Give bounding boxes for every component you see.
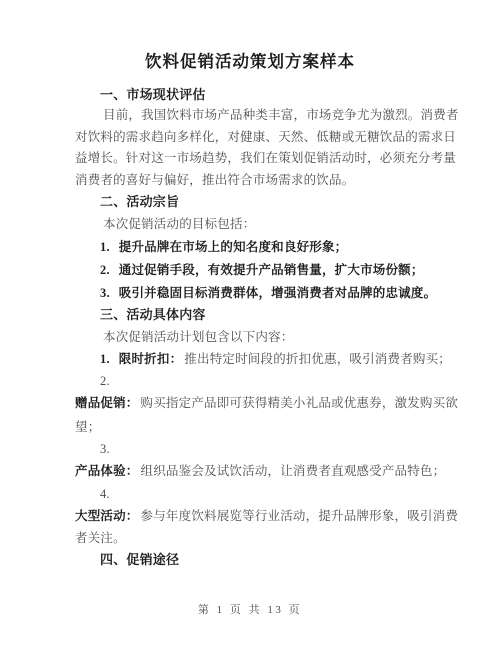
text-run: 吸引并稳固目标消费群体，增强消费者对品牌的忠诚度。 <box>119 286 437 300</box>
paragraph-line: 对饮料的需求趋向多样化，对健康、天然、低糖或无糖饮品的需求日 <box>75 126 456 148</box>
paragraph-line: 消费者的喜好与偏好，推出符合市场需求的饮品。 <box>75 169 354 191</box>
bold-run: 产品体验： <box>75 464 139 478</box>
paragraph-line: 者关注。 <box>75 527 126 549</box>
list-item: 3.吸引并稳固目标消费群体，增强消费者对品牌的忠诚度。 <box>100 282 436 304</box>
text-run: 推出特定时间段的折扣优惠，吸引消费者购买； <box>184 352 451 366</box>
paragraph-line: 望； <box>75 416 100 438</box>
list-item: 1.提升品牌在市场上的知名度和良好形象； <box>100 236 347 258</box>
list-item: 1.限时折扣：推出特定时间段的折扣优惠，吸引消费者购买； <box>100 348 451 370</box>
list-number: 2. <box>100 374 110 388</box>
document-page: 饮料促销活动策划方案样本 一、市场现状评估 目前，我国饮料市场产品种类丰富，市场… <box>0 0 500 647</box>
text-run: 通过促销手段，有效提升产品销售量，扩大市场份额； <box>119 263 424 277</box>
list-number-line: 3. <box>100 438 119 460</box>
list-number: 2. <box>100 263 110 277</box>
text-run: 提升品牌在市场上的知名度和良好形象； <box>119 240 348 254</box>
list-item: 2.通过促销手段，有效提升产品销售量，扩大市场份额； <box>100 259 424 281</box>
list-item: 大型活动：参与年度饮料展览等行业活动，提升品牌形象，吸引消费 <box>75 505 458 527</box>
section-heading-1: 一、市场现状评估 <box>100 84 206 106</box>
list-number: 1. <box>100 240 110 254</box>
doc-title: 饮料促销活动策划方案样本 <box>0 49 500 75</box>
paragraph-line: 本次促销活动计划包含以下内容： <box>103 326 294 348</box>
list-number-line: 4. <box>100 483 119 505</box>
paragraph-line: 益增长。针对这一市场趋势，我们在策划促销活动时，必须充分考量 <box>75 147 456 169</box>
page-footer: 第 1 页 共 13 页 <box>0 599 500 621</box>
section-heading-3: 三、活动具体内容 <box>100 304 206 326</box>
bold-run: 限时折扣： <box>119 352 183 366</box>
section-heading-4: 四、促销途径 <box>100 549 179 571</box>
paragraph-line: 本次促销活动的目标包括： <box>103 213 255 235</box>
text-run: 购买指定产品即可获得精美小礼品或优惠券，激发购买欲 <box>141 396 459 410</box>
list-number: 4. <box>100 487 110 501</box>
section-heading-2: 二、活动宗旨 <box>100 191 179 213</box>
bold-run: 大型活动： <box>75 509 139 523</box>
bold-run: 赠品促销： <box>75 396 139 410</box>
list-item: 赠品促销：购买指定产品即可获得精美小礼品或优惠券，激发购买欲 <box>75 392 458 414</box>
list-item: 产品体验：组织品鉴会及试饮活动，让消费者直观感受产品特色； <box>75 460 445 482</box>
paragraph-line: 目前，我国饮料市场产品种类丰富，市场竞争尤为激烈。消费者 <box>103 104 459 126</box>
text-run: 参与年度饮料展览等行业活动，提升品牌形象，吸引消费 <box>141 509 459 523</box>
list-number: 3. <box>100 442 110 456</box>
list-number-line: 2. <box>100 370 119 392</box>
text-run: 组织品鉴会及试饮活动，让消费者直观感受产品特色； <box>141 464 446 478</box>
list-number: 3. <box>100 286 110 300</box>
list-number: 1. <box>100 352 110 366</box>
